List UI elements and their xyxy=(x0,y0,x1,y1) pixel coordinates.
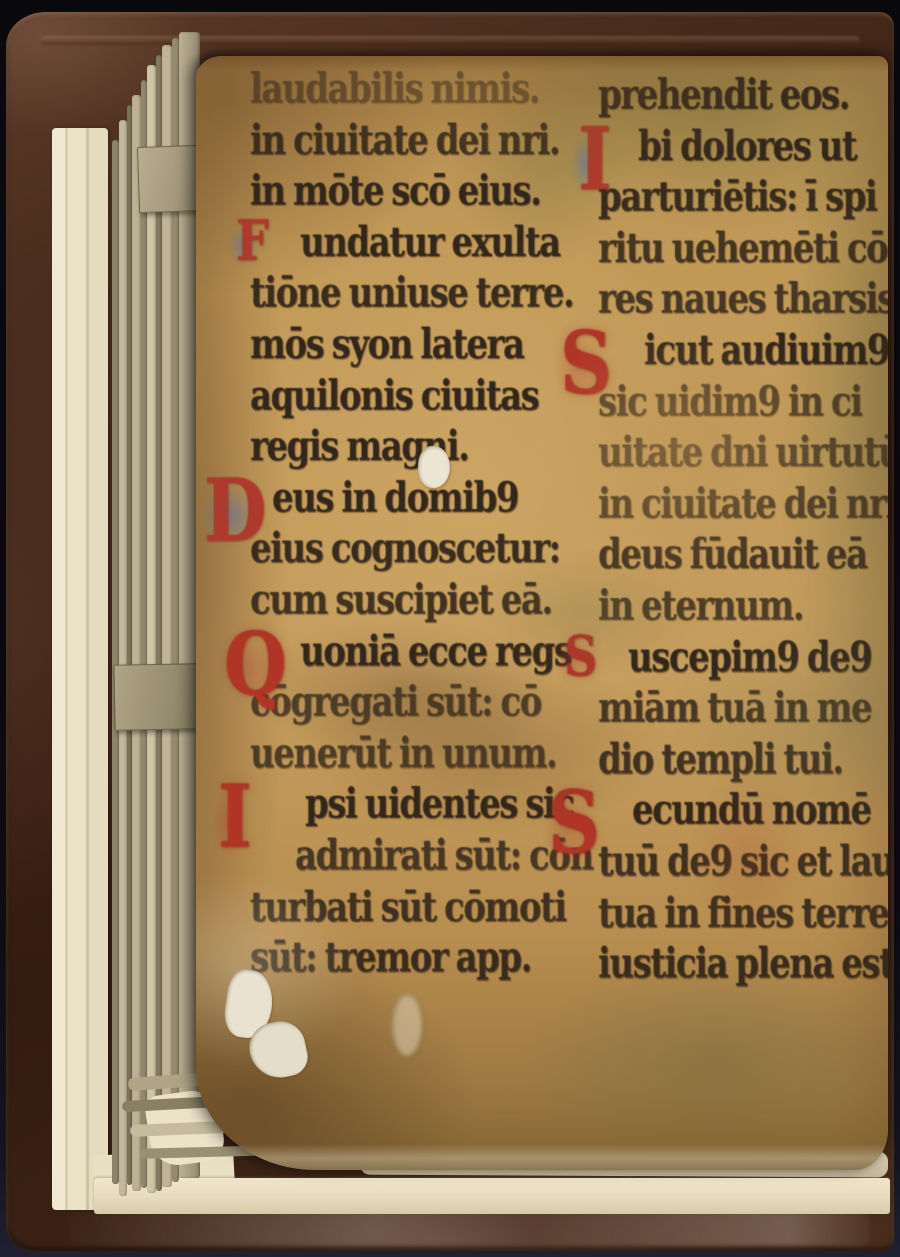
text-line: iusticia plena est xyxy=(598,939,888,990)
line-text: tua in fines terre: xyxy=(598,889,888,937)
line-text: res naues tharsis. xyxy=(598,276,888,324)
page-edge-strip xyxy=(112,140,119,1184)
left-column: laudabilis nimis.in ciuitate dei nri.in … xyxy=(250,64,546,984)
line-text: tuū de9 sic et laus xyxy=(598,838,888,886)
text-line: tua in fines terre: xyxy=(598,888,888,939)
flyleaf-bottom-edge xyxy=(94,1178,890,1214)
illuminated-initial: Q xyxy=(224,624,285,703)
illuminated-initial: F xyxy=(236,215,267,266)
line-text: sūt: tremor app. xyxy=(250,934,531,982)
line-text: uoniā ecce regs xyxy=(300,627,571,675)
text-line: Fundatur exulta xyxy=(250,217,546,268)
text-line: Sicut audiuim9 xyxy=(598,326,888,377)
line-text: ecundū nomē xyxy=(632,787,871,835)
line-text: psi uidentes sic xyxy=(305,781,574,829)
line-text: ritu uehemēti cōte xyxy=(598,225,888,273)
text-line: Deus in domib9 xyxy=(250,473,546,524)
text-line: sūt: tremor app. xyxy=(250,933,546,984)
text-line: ritu uehemēti cōte xyxy=(598,223,888,274)
illuminated-initial: S xyxy=(564,630,596,681)
text-line: aquilonis ciuitas xyxy=(250,371,546,422)
line-text: parturiētis: ī spi xyxy=(598,173,876,221)
text-line: in mōte scō eius. xyxy=(250,166,546,217)
line-text: in ciuitate dei nri. xyxy=(250,116,559,164)
text-line: prehendit eos. xyxy=(598,70,888,121)
line-text: eius cognoscetur: xyxy=(250,525,560,573)
manuscript-photo: laudabilis nimis.in ciuitate dei nri.in … xyxy=(0,0,900,1257)
leather-sheen xyxy=(70,1212,870,1246)
text-line: laudabilis nimis. xyxy=(250,64,546,115)
text-line: cum suscipiet eā. xyxy=(250,575,546,626)
illuminated-initial: S xyxy=(560,323,611,402)
text-line: deus fūdauit eā xyxy=(598,530,888,581)
illuminated-initial: S xyxy=(548,783,599,862)
text-line: sic uidim9 in ci xyxy=(598,377,888,428)
text-line: uenerūt in unum. xyxy=(250,728,546,779)
text-line: cōgregati sūt: cō xyxy=(250,677,546,728)
line-text: undatur exulta xyxy=(300,219,560,267)
text-line: parturiētis: ī spi xyxy=(598,172,888,223)
text-line: dio templi tui. xyxy=(598,734,888,785)
line-text: in mōte scō eius. xyxy=(250,167,540,215)
line-text: uitate dni uirtutū: xyxy=(598,429,888,477)
illuminated-initial: D xyxy=(204,471,265,550)
right-column: prehendit eos.Ibi dolores utparturiētis:… xyxy=(598,70,888,990)
text-line: Secundū nomē xyxy=(598,786,888,837)
line-text: uscepim9 de9 xyxy=(628,633,871,681)
line-text: deus fūdauit eā xyxy=(598,531,867,579)
text-line: eius cognoscetur: xyxy=(250,524,546,575)
text-line: regis magni. xyxy=(250,422,546,473)
text-line: in ciuitate dei nri: xyxy=(598,479,888,530)
line-text: iusticia plena est xyxy=(598,940,888,988)
text-line: res naues tharsis. xyxy=(598,274,888,325)
line-text: tiōne uniuse terre. xyxy=(250,270,573,318)
text-line: miām tuā in me xyxy=(598,683,888,734)
text-line: Quoniā ecce regs xyxy=(250,626,546,677)
line-text: in ciuitate dei nri: xyxy=(598,480,888,528)
page-edge-strip xyxy=(119,120,127,1196)
text-line: tiōne uniuse terre. xyxy=(250,268,546,319)
illuminated-initial: I xyxy=(218,777,250,856)
line-text: prehendit eos. xyxy=(598,71,849,119)
line-text: dio templi tui. xyxy=(598,736,843,784)
text-line: uitate dni uirtutū: xyxy=(598,428,888,479)
line-text: in eternum. xyxy=(598,582,803,630)
line-text: miām tuā in me xyxy=(598,685,871,733)
text-line: mōs syon latera xyxy=(250,320,546,371)
line-text: turbati sūt cōmoti xyxy=(250,883,566,931)
line-text: cum suscipiet eā. xyxy=(250,576,552,624)
text-line: in eternum. xyxy=(598,581,888,632)
page-edge-strip xyxy=(132,95,141,1191)
illuminated-initial: I xyxy=(578,119,610,198)
line-text: sic uidim9 in ci xyxy=(598,378,861,426)
fore-edge-tab-lower xyxy=(113,663,200,730)
page-edge-strip xyxy=(147,65,156,1193)
fore-edge-tab-upper xyxy=(137,145,201,213)
line-text: cōgregati sūt: cō xyxy=(250,679,541,727)
line-text: icut audiuim9 xyxy=(644,327,888,375)
text-line: tuū de9 sic et laus xyxy=(598,837,888,888)
line-text: laudabilis nimis. xyxy=(250,65,539,113)
line-text: eus in domib9 xyxy=(272,474,518,522)
text-line: Ibi dolores ut xyxy=(598,121,888,172)
line-text: mōs syon latera xyxy=(250,321,524,369)
line-text: uenerūt in unum. xyxy=(250,730,556,778)
page-edge-strip xyxy=(162,45,172,1187)
text-line: admirati sūt: cōn xyxy=(250,831,546,882)
text-line: turbati sūt cōmoti xyxy=(250,882,546,933)
line-text: bi dolores ut xyxy=(638,122,856,170)
abrasion-patch xyxy=(392,994,422,1056)
manuscript-page: laudabilis nimis.in ciuitate dei nri.in … xyxy=(196,56,888,1170)
text-line: Ipsi uidentes sic xyxy=(250,780,546,831)
line-text: aquilonis ciuitas xyxy=(250,372,538,420)
text-line: Suscepim9 de9 xyxy=(598,632,888,683)
text-line: in ciuitate dei nri. xyxy=(250,115,546,166)
flyleaf-left-edge xyxy=(52,128,108,1210)
